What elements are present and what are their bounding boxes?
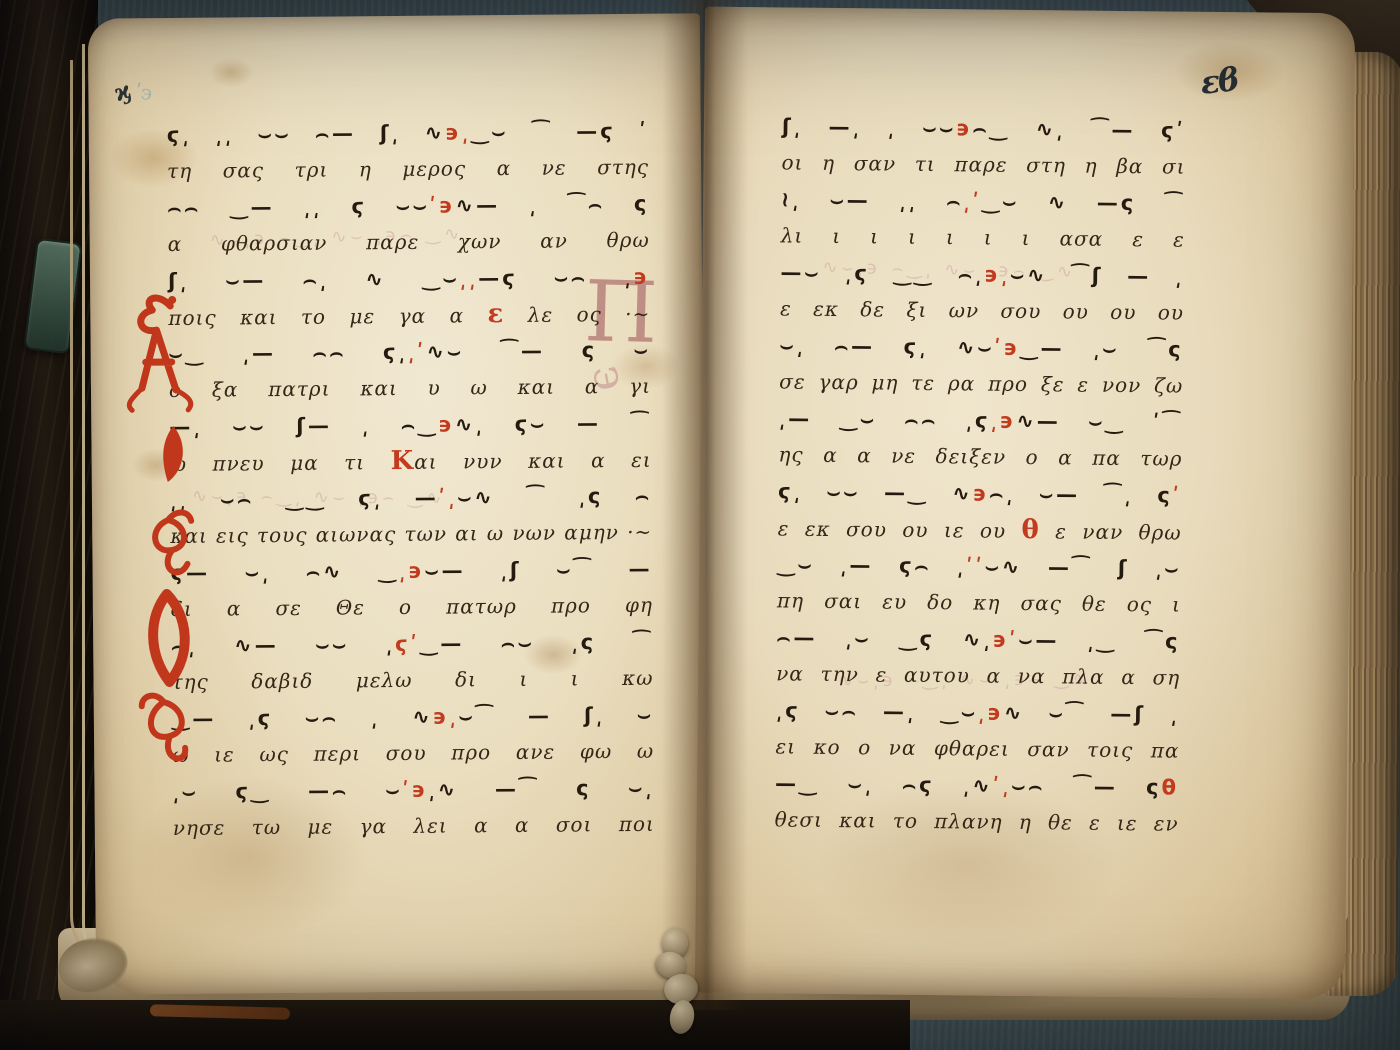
neume-line: ⌣͵ ⌢— ϛ͵ ∿⌣ʹ϶‿— ͵⌣ ⁀ς (779, 326, 1183, 372)
black-ink-segment: ʃ͵ —͵ ͵ ⌣⌣ (782, 114, 956, 140)
black-ink-segment: ⌣͵ ⌢— ϛ͵ ∿⌣ (780, 333, 995, 359)
neume-line: ϛ— ⌣͵ ⌢∿ ‿͵϶⌣— ͵ʃ ⌣⁀ — (170, 550, 652, 596)
text-line: να την ε αυτου α να πλα α ση (776, 660, 1180, 694)
black-ink-segment: ⌢— ͵⌣ ‿ϛ ∿͵ (776, 625, 992, 651)
red-ink-segment: Κ (390, 446, 414, 476)
black-ink-segment: ͵⌣ ϛ‿ —⌢ ⌣ (172, 778, 402, 804)
neume-line: ⌢⌢ ‿— ͵͵ ϛ ⌣⌣ʹ϶∿— ͵ ⁀⌢ ς (167, 185, 649, 231)
neume-line: ͵͵ ⌣⌢ ‿‿ ϛ͵ —ʹ͵⌣∿ ⁀ ͵ς ⌢ (170, 477, 652, 523)
black-ink-segment: δι α σε Θε ο πατωρ προ φη (171, 593, 653, 621)
neume-line: —‿ ⌣͵ ⌢ϛ ͵∿ʹ͵⌣⌢ ⁀— ςθ (775, 764, 1179, 810)
red-ink-segment: ϶ʹ (993, 628, 1019, 652)
black-ink-segment: ο ξα πατρι και υ ω και α γι (169, 374, 651, 402)
red-ink-segment: θ (1021, 515, 1040, 545)
flourish-teardrop (163, 426, 183, 482)
chant-line: ⌢͵ ∿— ⌣⌣ ͵ϛʹ‿— ⌢⌣ ͵ς ⁀της δαβιδ μελω δι … (171, 623, 654, 700)
black-ink-segment: ≀͵ ⌣— ͵͵ ⌢ (781, 187, 963, 213)
neume-line: ͵⌣ ϛ‿ —⌢ ⌣ʹ϶͵∿ —⁀ ς ⌣͵ (172, 769, 654, 815)
text-line: πη σαι ευ δο κη σας θε ος ι (777, 587, 1181, 621)
text-line: ποις και το με γα α ε λε ος ·∼ (168, 300, 650, 334)
chant-line: ‿⌣ ͵— ϛ⌢ ͵ʹʹ⌣∿ —⁀ ʃ ͵⌣πη σαι ευ δο κη σα… (777, 545, 1182, 622)
red-ink-segment: ϶ (438, 413, 455, 437)
corner-mark-ink: ϗ (110, 75, 134, 107)
red-ink-segment: ͵϶ (978, 701, 1004, 725)
black-ink-segment: ‿⌣ ∿ —ς ⁀ (982, 190, 1185, 216)
initial-delta (128, 296, 190, 411)
black-ink-segment: ω ιε ως περι σου προ ανε φω ω (172, 739, 654, 767)
text-line: ω ιε ως περι σου προ ανε φω ω (172, 738, 654, 772)
text-line: λι ι ι ι ι ι ι ασα ε ε (781, 222, 1185, 256)
black-ink-segment: ‿⌣ ͵— ϛ⌢ ͵ (777, 552, 966, 578)
black-ink-segment: —ϛ ⌣⌢ ͵ (478, 265, 633, 290)
black-ink-segment: πη σαι ευ δο κη σας θε ος ι (777, 588, 1181, 616)
text-line: θεσι και το πλανη η θε ε ιε εν (774, 806, 1178, 840)
folio-number: εϐ (1198, 60, 1239, 102)
red-ink-segment: ʹʹ (966, 554, 985, 578)
text-line: της δαβιδ μελω δι ι ι κω (171, 665, 653, 699)
red-ink-segment: ʹ϶ (994, 336, 1020, 360)
black-ink-segment: ε εκ σου ου ιε ου (778, 516, 1022, 543)
neume-line: ⌢͵ ∿— ⌣⌣ ͵ϛʹ‿— ⌢⌣ ͵ς ⁀ (171, 623, 653, 669)
black-ink-segment: ⌣∿ ⁀ ͵ς ⌢ (457, 484, 652, 510)
black-ink-segment: ⌢⌢ ‿— ͵͵ ϛ ⌣⌣ (167, 194, 429, 220)
red-ink-segment: ͵͵ (459, 266, 478, 290)
black-ink-segment: θεσι και το πλανη η θε ε ιε εν (775, 807, 1179, 835)
black-ink-segment: ‿— ͵⌣ ⁀ς (1020, 336, 1184, 362)
black-ink-segment: —⌣ ͵ϛ ‿‿ ⌢͵ (780, 260, 984, 286)
black-ink-segment: ⌢‿ ∿͵ ⁀— ϛʹ (973, 116, 1186, 142)
black-ink-segment: σε γαρ μη τε ρα προ ξε ε νον ζω (779, 369, 1183, 397)
black-ink-segment: ϛ͵ ͵͵ ⌣⌣ ⌢— ʃ͵ ∿ (167, 121, 446, 147)
chant-line: ͵— ‿⌣ ⌢⌢ ͵ϛ͵϶∿— ⌣‿ ʹ⁀ης α α νε δειξεν ο … (778, 399, 1183, 476)
neume-line: ϛ͵ ⌣⌣ —‿ ∿϶⌢͵ ⌣— ⁀͵ ςʹ (778, 472, 1182, 518)
black-ink-segment: αι νυν και α ει (414, 448, 652, 474)
black-ink-segment: ⌣— ͵ʃ ⌣⁀ — (425, 557, 653, 583)
black-ink-segment: να την ε αυτου α να πλα α ση (776, 661, 1180, 689)
chant-line: ϛ͵ ͵͵ ⌣⌣ ⌢— ʃ͵ ∿϶͵‿⌣ ⁀ —ϛ ʹτη σας τρι η … (167, 112, 650, 189)
black-ink-segment: ⌣⌢ ⁀— ς (1011, 774, 1161, 800)
black-ink-segment: της δαβιδ μελω δι ι ι κω (171, 666, 653, 694)
corner-scribble: ϗ ʹ϶ (114, 76, 152, 105)
red-ink-segment: ε (487, 299, 504, 329)
chant-line: —͵ ⌣⌣ ʃ— ͵ ⌢‿϶∿͵ ϛ⌣ — ⁀ω πνευ μα τι Και … (169, 404, 652, 481)
chant-line: ʃ͵ —͵ ͵ ⌣⌣϶⌢‿ ∿͵ ⁀— ϛʹοι η σαν τι παρε σ… (781, 107, 1186, 184)
red-ink-segment: ʹ͵ (993, 774, 1012, 798)
red-ink-segment: ϶ (973, 481, 990, 505)
text-line: ει κο ο να φθαρει σαν τοις πα (775, 733, 1179, 767)
black-ink-segment: α φθαρσιαν παρε χων αν θρω (168, 228, 650, 256)
text-line: ης α α νε δειξεν ο α πα τωρ (778, 441, 1182, 475)
text-line: και εις τους αιωνας των αι ω νων αμην ·∼ (170, 519, 652, 553)
red-ink-segment: ͵ʹ (408, 340, 427, 364)
black-ink-segment: οι η σαν τι παρε στη η βα σι (781, 150, 1185, 178)
black-ink-segment: τη σας τρι η μερος α νε στης (167, 155, 649, 183)
chant-line: ϛ͵ ⌣⌣ —‿ ∿϶⌢͵ ⌣— ⁀͵ ςʹε εκ σου ου ιε ου … (778, 472, 1183, 549)
black-ink-segment: ⌣⁀ — ʃ͵ ⌣ (459, 703, 654, 729)
red-ink-segment: ϛʹ (395, 632, 420, 656)
photo-scene: ϗ ʹ϶ ∿⌣͵϶ ⌢‿͵ ∿⌣ ͵϶⌢ ‿∿ ∿⌣͵϶ ⌢‿͵ ∿⌣ ͵϶⌢ … (0, 0, 1400, 1050)
neume-line: ͵ϛ ⌣⌢ —͵ ‿⌣͵϶∿ ⌣⁀ —ʃ ͵ (776, 691, 1180, 737)
neume-line: ‿⌣ ͵— ϛ⌢ ͵ʹʹ⌣∿ —⁀ ʃ ͵⌣ (777, 545, 1181, 591)
chant-line: ͵ϛ ⌣⌢ —͵ ‿⌣͵϶∿ ⌣⁀ —ʃ ͵ει κο ο να φθαρει … (775, 691, 1180, 768)
right-page-text: ʃ͵ —͵ ͵ ⌣⌣϶⌢‿ ∿͵ ⁀— ϛʹοι η σαν τι παρε σ… (774, 107, 1186, 841)
black-ink-segment: και εις τους αιωνας των αι ω νων αμην ·∼ (170, 520, 652, 548)
black-ink-segment: ∿͵ ϛ⌣ — ⁀ (455, 411, 652, 437)
neume-line: ʃ͵ ⌣— ⌢͵ ∿ ‿⌣͵͵—ϛ ⌣⌢ ͵϶ (168, 258, 650, 304)
black-ink-segment: ∿— ͵ ⁀⌢ ς (455, 192, 649, 218)
black-ink-segment: ης α α νε δειξεν ο α πα τωρ (778, 442, 1182, 470)
initial-omicron (153, 594, 185, 682)
black-ink-segment: ‿— ⌢⌣ ͵ς ⁀ (420, 630, 654, 656)
black-ink-segment: ⌣∿ —⁀ ʃ ͵⌣ (985, 555, 1182, 581)
chant-line: —⌣ ͵ϛ ‿‿ ⌢͵϶͵⌣∿ ⁀ʃ — ͵ε εκ δε ξι ων σου … (780, 253, 1185, 330)
left-page-text: ϛ͵ ͵͵ ⌣⌣ ⌢— ʃ͵ ∿϶͵‿⌣ ⁀ —ϛ ʹτη σας τρι η … (167, 112, 655, 846)
text-line: τη σας τρι η μερος α νε στης (167, 154, 649, 188)
black-ink-segment: —‿ ⌣͵ ⌢ϛ ͵∿ (775, 771, 993, 797)
illuminated-initials (108, 290, 224, 773)
chant-line: ≀͵ ⌣— ͵͵ ⌢͵ʹ‿⌣ ∿ —ς ⁀λι ι ι ι ι ι ι ασα … (781, 180, 1186, 257)
stain (208, 57, 254, 87)
left-page: ϗ ʹ϶ ∿⌣͵϶ ⌢‿͵ ∿⌣ ͵϶⌢ ‿∿ ∿⌣͵϶ ⌢‿͵ ∿⌣ ͵϶⌢ … (88, 13, 708, 994)
black-ink-segment: ∿— ⌣‿ ʹ⁀ (1016, 409, 1183, 435)
red-ink-segment: ͵϶ (990, 409, 1016, 433)
chant-line: ͵͵ ⌣⌢ ‿‿ ϛ͵ —ʹ͵⌣∿ ⁀ ͵ς ⌢και εις τους αιω… (170, 477, 653, 554)
neume-line: ϛ͵ ͵͵ ⌣⌣ ⌢— ʃ͵ ∿϶͵‿⌣ ⁀ —ϛ ʹ (167, 112, 649, 158)
book-cover-bottom (0, 1000, 910, 1050)
black-ink-segment: ‿⌣ ⁀ —ϛ ʹ (471, 119, 649, 145)
text-line: σε γαρ μη τε ρα προ ξε ε νον ζω (779, 368, 1183, 402)
sewing-tassel (648, 928, 708, 1040)
red-ink-segment: ͵϶ (399, 559, 425, 583)
chant-line: ‿— ͵ϛ ⌣⌢ ͵ ∿϶͵⌣⁀ — ʃ͵ ⌣ω ιε ως περι σου … (172, 696, 655, 773)
neume-line: —⌣ ͵ϛ ‿‿ ⌢͵϶͵⌣∿ ⁀ʃ — ͵ (780, 253, 1184, 299)
text-line: ο ξα πατρι και υ ω και α γι (169, 373, 651, 407)
flourish-scroll-mid (155, 512, 192, 572)
text-line: ε εκ δε ξι ων σου ου ου ου (780, 295, 1184, 329)
chant-line: ͵⌣ ϛ‿ —⌢ ⌣ʹ϶͵∿ —⁀ ς ⌣͵νησε τω με γα λει … (172, 769, 655, 846)
text-line: νησε τω με γα λει α α σοι ποι (173, 811, 655, 845)
black-ink-segment: ⌣— ͵‿ ⁀ς (1018, 628, 1180, 654)
black-ink-segment: ε ναν θρω (1040, 519, 1182, 544)
black-ink-segment: ͵— ‿⌣ ⌢⌢ ͵ϛ (779, 406, 991, 432)
black-ink-segment: ∿ ⌣⁀ —ʃ ͵ (1004, 701, 1180, 727)
chant-line: ⌣͵ ⌢— ϛ͵ ∿⌣ʹ϶‿— ͵⌣ ⁀ςσε γαρ μη τε ρα προ… (779, 326, 1184, 403)
red-ink-segment: ϶͵ (433, 704, 459, 728)
text-line: ω πνευ μα τι Και νυν και α ει (170, 446, 652, 480)
red-ink-segment: ͵ʹ (963, 189, 982, 213)
text-line: α φθαρσιαν παρε χων αν θρω (168, 227, 650, 261)
red-ink-segment: ϶ (633, 265, 650, 289)
neume-line: ⌢— ͵⌣ ‿ϛ ∿͵϶ʹ⌣— ͵‿ ⁀ς (776, 618, 1180, 664)
chant-line: ⌢— ͵⌣ ‿ϛ ∿͵϶ʹ⌣— ͵‿ ⁀ςνα την ε αυτου α να… (776, 618, 1181, 695)
black-ink-segment: νησε τω με γα λει α α σοι ποι (173, 812, 655, 840)
neume-line: —͵ ⌣⌣ ʃ— ͵ ⌢‿϶∿͵ ϛ⌣ — ⁀ (169, 404, 651, 450)
black-ink-segment: ϛ͵ ⌣⌣ —‿ ∿ (778, 479, 973, 505)
black-ink-segment: ͵∿ —⁀ ς ⌣͵ (428, 776, 654, 802)
red-ink-segment: ʹ͵ (439, 485, 458, 509)
neume-line: ʃ͵ —͵ ͵ ⌣⌣϶⌢‿ ∿͵ ⁀— ϛʹ (782, 107, 1186, 153)
text-line: δι α σε Θε ο πατωρ προ φη (171, 592, 653, 626)
chant-line: ϛ— ⌣͵ ⌢∿ ‿͵϶⌣— ͵ʃ ⌣⁀ —δι α σε Θε ο πατωρ… (170, 550, 653, 627)
right-page: εϐ ∿⌣͵϶ ⌢‿͵ ∿⌣ ͵϶⌢ ‿∿ ∿⌣͵϶ ⌢‿͵ ∿⌣ ͵϶⌢ ‿∿… (695, 7, 1355, 1000)
chant-line: —‿ ⌣͵ ⌢ϛ ͵∿ʹ͵⌣⌢ ⁀— ςθθεσι και το πλανη η… (774, 764, 1179, 841)
red-ink-segment: ϶͵ (445, 120, 471, 144)
chant-line: ⌢⌢ ‿— ͵͵ ϛ ⌣⌣ʹ϶∿— ͵ ⁀⌢ ςα φθαρσιαν παρε … (167, 185, 650, 262)
flourish-scroll-bottom (142, 695, 186, 758)
red-ink-segment: ʹ (1173, 484, 1183, 508)
black-ink-segment: ε εκ δε ξι ων σου ου ου ου (780, 296, 1184, 324)
chant-line: ⌣‿ ͵— ⌢⌢ ϛ͵͵ʹ∿⌣ ⁀— ς ⌣ο ξα πατρι και υ ω… (169, 331, 652, 408)
black-ink-segment: ͵ϛ ⌣⌢ —͵ ‿⌣ (776, 698, 978, 724)
black-ink-segment: λε ος ·∼ (504, 302, 650, 327)
tassel-knot (667, 998, 697, 1036)
neume-line: ⌣‿ ͵— ⌢⌢ ϛ͵͵ʹ∿⌣ ⁀— ς ⌣ (169, 331, 651, 377)
black-ink-segment: ει κο ο να φθαρει σαν τοις πα (775, 734, 1179, 762)
red-ink-segment: θ (1161, 775, 1179, 799)
red-ink-segment: ʹ϶ (430, 193, 456, 217)
red-ink-segment: ʹ϶ (402, 778, 428, 802)
black-ink-segment: ⌢͵ ⌣— ⁀͵ ς (989, 482, 1173, 508)
text-line: οι η σαν τι παρε στη η βα σι (781, 149, 1185, 183)
red-ink-segment: ϶ (956, 116, 973, 140)
red-ink-segment: ϶͵ (984, 263, 1010, 287)
black-ink-segment: ∿⌣ ⁀— ς ⌣ (426, 338, 650, 364)
corner-mark-faded: ʹ϶ (134, 79, 154, 105)
neume-line: ‿— ͵ϛ ⌣⌢ ͵ ∿϶͵⌣⁀ — ʃ͵ ⌣ (172, 696, 654, 742)
black-ink-segment: ⌣∿ ⁀ʃ — ͵ (1010, 263, 1184, 289)
text-line: ε εκ σου ου ιε ου θ ε ναν θρω (778, 514, 1182, 548)
black-ink-segment: λι ι ι ι ι ι ι ασα ε ε (781, 223, 1185, 251)
neume-line: ͵— ‿⌣ ⌢⌢ ͵ϛ͵϶∿— ⌣‿ ʹ⁀ (779, 399, 1183, 445)
chant-line: ʃ͵ ⌣— ⌢͵ ∿ ‿⌣͵͵—ϛ ⌣⌢ ͵϶ποις και το με γα… (168, 258, 651, 335)
neume-line: ≀͵ ⌣— ͵͵ ⌢͵ʹ‿⌣ ∿ —ς ⁀ (781, 180, 1185, 226)
